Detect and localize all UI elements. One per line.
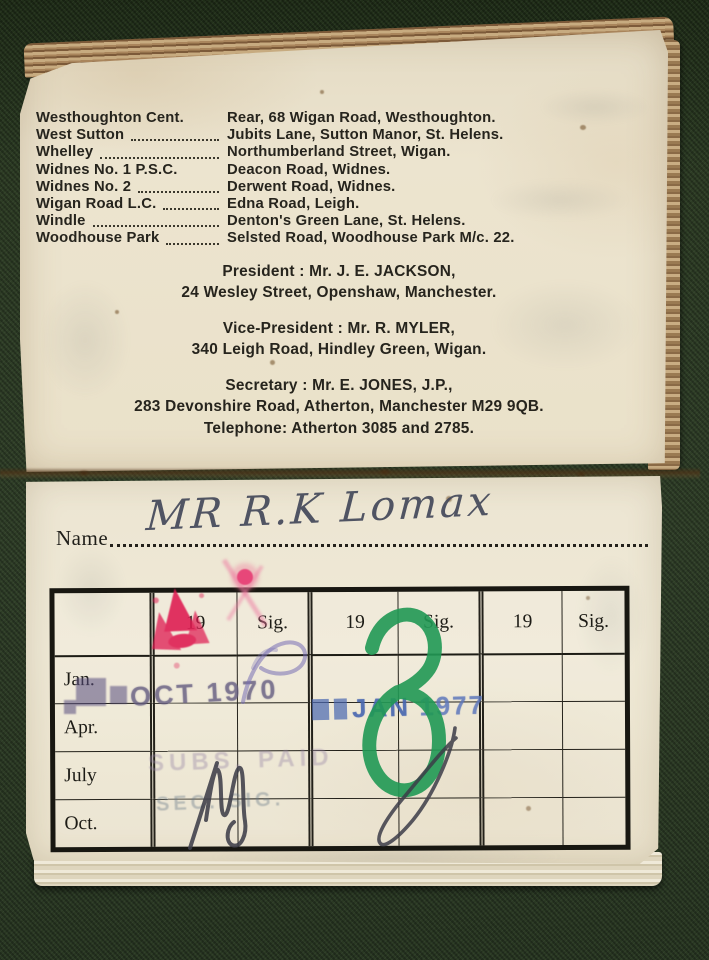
club-name: West Sutton <box>36 127 227 144</box>
club-address: Northumberland Street, Wigan. <box>227 144 451 161</box>
ink-block-smudge <box>62 676 142 726</box>
officer-block: President : Mr. J. E. JACKSON,24 Wesley … <box>36 261 642 304</box>
club-address: Jubits Lane, Sutton Manor, St. Helens. <box>227 127 503 144</box>
club-row: Westhoughton Cent.Rear, 68 Wigan Road, W… <box>36 110 642 127</box>
table-header-cell: Sig. <box>397 591 478 653</box>
membership-card-page: Name MR R.K Lomax 19Sig.19Sig.19Sig.Jan.… <box>26 476 662 864</box>
officer-line: 24 Wesley Street, Openshaw, Manchester. <box>36 282 642 304</box>
table-cell <box>562 701 625 749</box>
directory-page: Westhoughton Cent.Rear, 68 Wigan Road, W… <box>20 30 668 472</box>
table-cell <box>479 749 562 797</box>
table-cell <box>479 653 562 701</box>
stamp-jan-year: 1977 <box>419 690 486 722</box>
club-name: Westhoughton Cent. <box>36 110 227 127</box>
club-address: Selsted Road, Woodhouse Park M/c. 22. <box>227 230 515 247</box>
officer-line: 283 Devonshire Road, Atherton, Mancheste… <box>36 396 642 418</box>
club-row: Woodhouse ParkSelsted Road, Woodhouse Pa… <box>36 230 642 247</box>
officer-line: President : Mr. J. E. JACKSON, <box>36 261 642 283</box>
leader-dots <box>100 156 219 159</box>
table-cell <box>308 798 398 846</box>
club-name: Windle <box>36 213 227 230</box>
table-cell <box>237 702 308 750</box>
officer-line: 340 Leigh Road, Hindley Green, Wigan. <box>36 339 642 361</box>
club-row: Widnes No. 1 P.S.C.Deacon Road, Widnes. <box>36 162 642 179</box>
officer-line: Telephone: Atherton 3085 and 2785. <box>36 418 642 440</box>
name-label: Name <box>56 526 108 551</box>
stamp-jan-1977: JAN 1977 <box>312 690 486 726</box>
table-header-cell: Sig. <box>236 592 307 654</box>
table-cell <box>398 797 479 845</box>
leader-dots <box>131 138 219 141</box>
leader-dots <box>93 224 219 227</box>
leader-dots <box>138 190 219 193</box>
officer-line: Secretary : Mr. E. JONES, J.P., <box>36 375 642 397</box>
club-row: Widnes No. 2Derwent Road, Widnes. <box>36 179 642 196</box>
table-header-cell: 19 <box>478 591 561 653</box>
club-row: Wigan Road L.C.Edna Road, Leigh. <box>36 196 642 213</box>
table-cell <box>479 797 562 845</box>
table-cell <box>562 797 625 845</box>
name-dotted-line <box>110 543 648 547</box>
stamp-jan-month: JAN <box>352 692 411 724</box>
club-address: Derwent Road, Widnes. <box>227 179 396 196</box>
booklet-photo: Westhoughton Cent.Rear, 68 Wigan Road, W… <box>0 0 709 960</box>
officer-block: Vice-President : Mr. R. MYLER,340 Leigh … <box>36 318 642 361</box>
club-address: Edna Road, Leigh. <box>227 196 359 213</box>
row-label-cell: Oct. <box>55 799 150 847</box>
table-cell <box>562 749 625 797</box>
club-row: West SuttonJubits Lane, Sutton Manor, St… <box>36 127 642 144</box>
club-list: Westhoughton Cent.Rear, 68 Wigan Road, W… <box>36 110 642 248</box>
row-label-cell: July <box>55 751 150 799</box>
table-cell <box>398 749 479 797</box>
table-cell <box>479 701 562 749</box>
club-address: Deacon Road, Widnes. <box>227 162 390 179</box>
club-name: Widnes No. 1 P.S.C. <box>36 162 227 179</box>
officer-line: Vice-President : Mr. R. MYLER, <box>36 318 642 340</box>
club-name: Whelley <box>36 144 227 161</box>
club-row: WindleDenton's Green Lane, St. Helens. <box>36 213 642 230</box>
club-name: Woodhouse Park <box>36 230 227 247</box>
club-name: Wigan Road L.C. <box>36 196 227 213</box>
directory-content: Westhoughton Cent.Rear, 68 Wigan Road, W… <box>36 110 642 453</box>
table-header-cell <box>54 593 149 655</box>
table-header-cell: Sig. <box>561 591 624 653</box>
club-row: WhelleyNorthumberland Street, Wigan. <box>36 144 642 161</box>
table-cell <box>562 653 625 701</box>
leader-dots <box>163 207 219 210</box>
officer-block: Secretary : Mr. E. JONES, J.P.,283 Devon… <box>36 375 642 440</box>
club-address: Rear, 68 Wigan Road, Westhoughton. <box>227 110 496 127</box>
officers-list: President : Mr. J. E. JACKSON,24 Wesley … <box>36 261 642 440</box>
club-name: Widnes No. 2 <box>36 179 227 196</box>
table-header-cell: 19 <box>307 592 397 654</box>
club-address: Denton's Green Lane, St. Helens. <box>227 213 466 230</box>
table-header-cell: 19 <box>149 592 236 654</box>
foxing-speck <box>320 90 324 94</box>
leader-dots <box>166 242 219 245</box>
